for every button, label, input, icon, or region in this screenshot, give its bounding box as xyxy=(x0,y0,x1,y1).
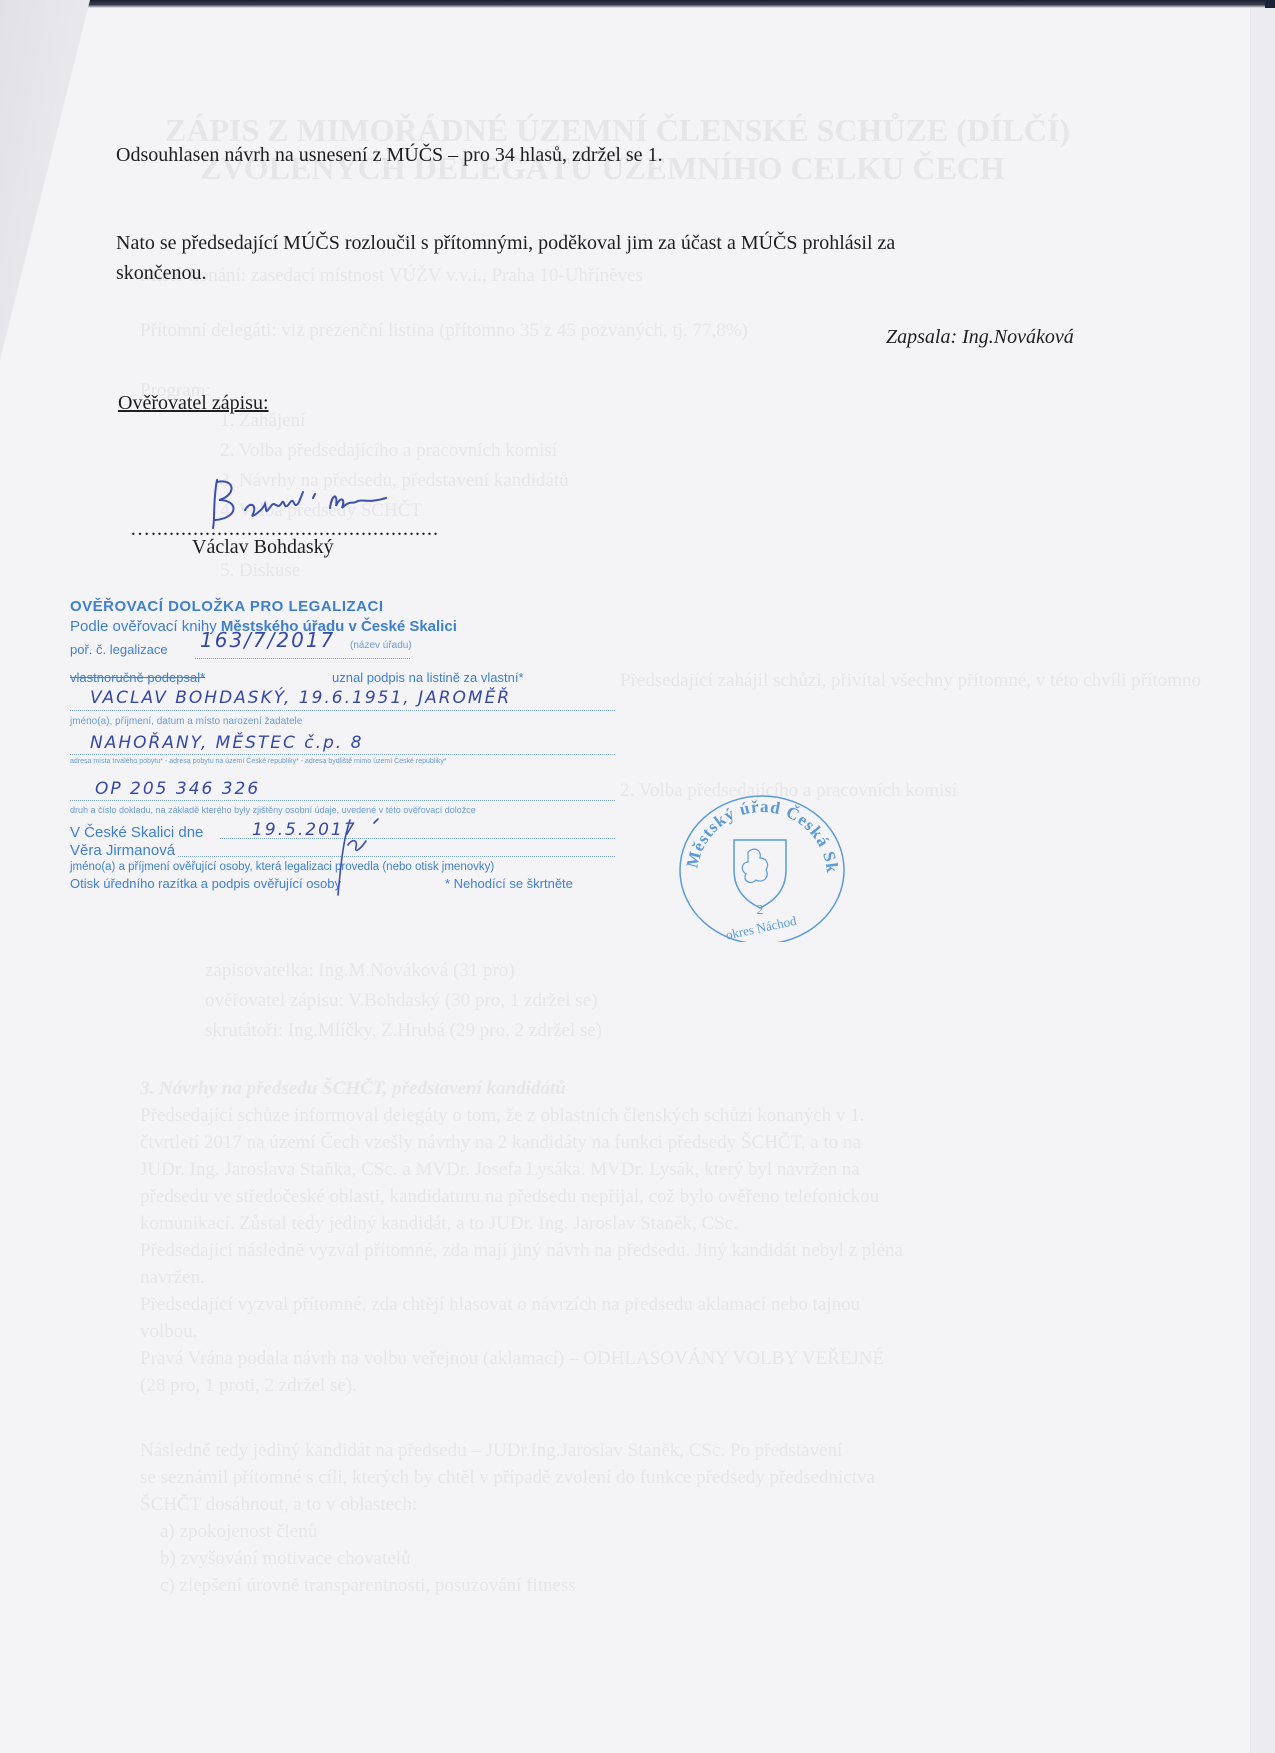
bleed-line: skrutátoři: Ing.Mlíčky, Z.Hrubá (29 pro,… xyxy=(205,1020,602,1042)
bleed-line: (28 pro, 1 proti, 2 zdržel se). xyxy=(140,1375,357,1397)
bleed-line: Předsedající vyzval přítomné, zda chtějí… xyxy=(140,1294,860,1316)
stamp-verifier-label: jméno(a) a příjmení ověřující osoby, kte… xyxy=(70,861,494,873)
bleed-line: navržen. xyxy=(140,1267,205,1289)
paper-right-margin xyxy=(1250,8,1275,1753)
stamp-chosen-option: uznal podpis na listině za vlastní* xyxy=(332,670,524,685)
bleed-line: Pravá Vrána podala návrh na volbu veřejn… xyxy=(140,1348,884,1370)
resolution-paragraph: Odsouhlasen návrh na usnesení z MÚČS – p… xyxy=(116,144,663,167)
bleed-line: Následně tedy jediný kandidát na předsed… xyxy=(140,1440,842,1462)
bleed-line: Předsedající schůze informoval delegáty … xyxy=(140,1105,864,1127)
closing-paragraph-line-1: Nato se předsedající MÚČS rozloučil s př… xyxy=(116,232,895,255)
stamp-person-label: jméno(a), příjmení, datum a místo naroze… xyxy=(70,716,302,727)
stamp-seal-label: Otisk úředního razítka a podpis ověřujíc… xyxy=(70,876,341,891)
scan-edge-top xyxy=(0,0,1275,8)
bleed-line: 5. Diskuse xyxy=(220,560,300,582)
bleed-line: zapisovatelka: Ing.M.Nováková (31 pro) xyxy=(205,960,515,982)
recorder-note: Zapsala: Ing.Nováková xyxy=(886,326,1074,349)
dotted-line xyxy=(195,658,410,659)
stamp-place-date-label: V České Skalici dne xyxy=(70,824,203,841)
bleed-line: předsedu ve středočeské oblasti, kandida… xyxy=(140,1186,879,1208)
coat-of-arms-icon xyxy=(734,840,786,908)
clerk-signature xyxy=(330,815,390,900)
stamp-legalization-no-label: poř. č. legalizace xyxy=(70,642,168,657)
bleed-line: 3. Návrhy na předsedu ŠCHČT, představení… xyxy=(140,1078,566,1100)
dotted-line xyxy=(70,710,615,711)
round-official-seal: Městský úřad Česká Skalice 2 okres Nácho… xyxy=(672,782,852,942)
bleed-line: ověřovatel zápisu: V.Bohdaský (30 pro, 1… xyxy=(205,990,597,1012)
seal-number: 2 xyxy=(757,903,764,918)
handwritten-person: VACLAV BOHDASKÝ, 19.6.1951, JAROMĚŘ xyxy=(90,688,511,708)
handwritten-address: NAHOŘANY, MĚSTEC č.p. 8 xyxy=(90,733,363,753)
stamp-book-prefix: Podle ověřovací knihy xyxy=(70,618,221,635)
stamp-footnote: * Nehodící se škrtněte xyxy=(445,876,573,891)
stamp-office-hint: (název úřadu) xyxy=(350,640,412,651)
bleed-line: ŠCHČT dosáhnout, a to v oblastech: xyxy=(140,1494,417,1516)
strike-option-text: vlastnoručně podepsal* xyxy=(70,670,205,685)
verifier-heading: Ověřovatel zápisu: xyxy=(118,392,269,415)
bleed-line: Předsedající následně vyzval přítomné, z… xyxy=(140,1240,903,1262)
bleed-line: a) zpokojenost členů xyxy=(160,1521,317,1543)
verifier-name: Václav Bohdaský xyxy=(192,536,334,559)
bleed-line: volbou. xyxy=(140,1321,198,1343)
bleed-line: JUDr. Ing. Jaroslava Staňka, CSc. a MVDr… xyxy=(140,1159,860,1181)
bleed-line: Předsedající zahájil schůzi, přivítal vš… xyxy=(620,670,1201,692)
stamp-strike-option: vlastnoručně podepsal* xyxy=(70,670,205,685)
folded-corner xyxy=(0,0,90,360)
stamp-address-label: adresa místa trvalého pobytu* - adresa p… xyxy=(70,758,447,765)
dotted-line xyxy=(70,754,615,755)
dotted-line xyxy=(178,856,615,857)
dotted-line xyxy=(70,800,615,801)
bleed-line: Místo konání: zasedací místnost VÚŽV v.v… xyxy=(140,265,643,287)
closing-paragraph-line-2: skončenou. xyxy=(116,262,207,285)
bleed-line: komunikací. Zůstal tedy jediný kandidát,… xyxy=(140,1213,738,1235)
bleed-line: čtvrtletí 2017 na území Čech vzešly návr… xyxy=(140,1132,861,1154)
bleed-line: 2. Volba předsedajícího a pracovních kom… xyxy=(220,440,557,462)
stamp-verifier-name: Věra Jirmanová xyxy=(70,842,175,859)
handwritten-legalization-number: 163/7/2017 xyxy=(200,628,335,652)
bleed-line: c) zlepšení úrovně transparentnosti, pos… xyxy=(160,1575,576,1597)
bleed-line: Přítomní delegáti: viz prezenční listina… xyxy=(140,320,748,342)
stamp-document-label: druh a číslo dokladu, na základě kterého… xyxy=(70,805,476,815)
bleed-line: se seznámil přítomné s cíli, kterých by … xyxy=(140,1467,875,1489)
bleed-line: b) zvyšování motivace chovatelů xyxy=(160,1548,411,1570)
stamp-heading: OVĚŘOVACÍ DOLOŽKA PRO LEGALIZACI xyxy=(70,598,384,615)
handwritten-document: OP 205 346 326 xyxy=(95,779,260,799)
